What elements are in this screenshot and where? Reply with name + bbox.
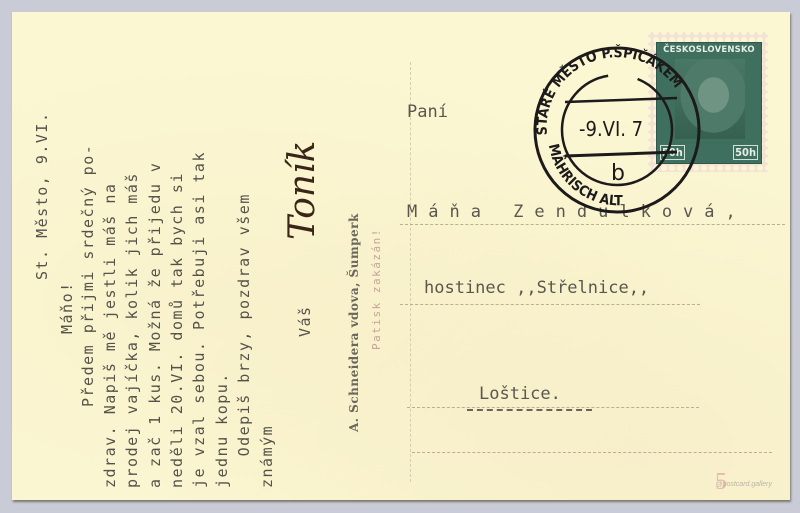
reprint-notice: Patisk zakázán! bbox=[371, 228, 382, 350]
signature: Toník bbox=[282, 141, 323, 240]
divider-line bbox=[410, 62, 411, 482]
postmark-icon: STARÉ MĚSTO P.ŠPIČÁKEM MÄHRISCH ALT -9.V… bbox=[527, 40, 707, 220]
dateline: St. Město, 9.VI. bbox=[35, 112, 50, 281]
message-line-2: zdrav. Napiš mě jestli máš na bbox=[103, 183, 118, 488]
publisher-name: A. Schneidera vdova, Šumperk bbox=[348, 213, 360, 432]
address-line2: hostinec ,,Střelnice,, bbox=[424, 278, 649, 298]
postmark-date: -9.VI. 7 bbox=[579, 117, 643, 141]
message-line-8: Odepiš brzy, pozdrav všem bbox=[237, 193, 252, 488]
stamp-value-right: 50h bbox=[733, 145, 758, 160]
message-line-3: prodej vajíčka, kolik jich máš bbox=[125, 172, 140, 488]
address-city: Loštice. bbox=[479, 384, 561, 404]
watermark: @postcard.gallery bbox=[715, 481, 772, 488]
greeting: Máňo! bbox=[60, 281, 75, 334]
message-line-4: a zač 1 kus. Možná že přijedu v bbox=[148, 162, 163, 488]
address-line-3 bbox=[407, 407, 699, 408]
address-line-4 bbox=[412, 452, 772, 453]
message-line-9: známým bbox=[260, 425, 275, 488]
address-line-1 bbox=[400, 224, 785, 225]
message-line-6: je vzal sebou. Potřebuji asi tak bbox=[192, 151, 207, 488]
message-line-1: Předem přijmi srdečný po- bbox=[81, 144, 96, 407]
closing: Váš bbox=[298, 305, 313, 337]
postcard: St. Město, 9.VI. Máňo! Předem přijmi srd… bbox=[12, 12, 790, 500]
message-line-7: jednu kopu. bbox=[215, 372, 230, 488]
message-line-5: neděli 20.VI. domů tak bych si bbox=[170, 172, 185, 488]
postmark-letter: b bbox=[611, 161, 625, 186]
address-line-2 bbox=[400, 304, 700, 305]
address-salutation: Paní bbox=[407, 102, 448, 122]
city-underline bbox=[467, 409, 592, 411]
